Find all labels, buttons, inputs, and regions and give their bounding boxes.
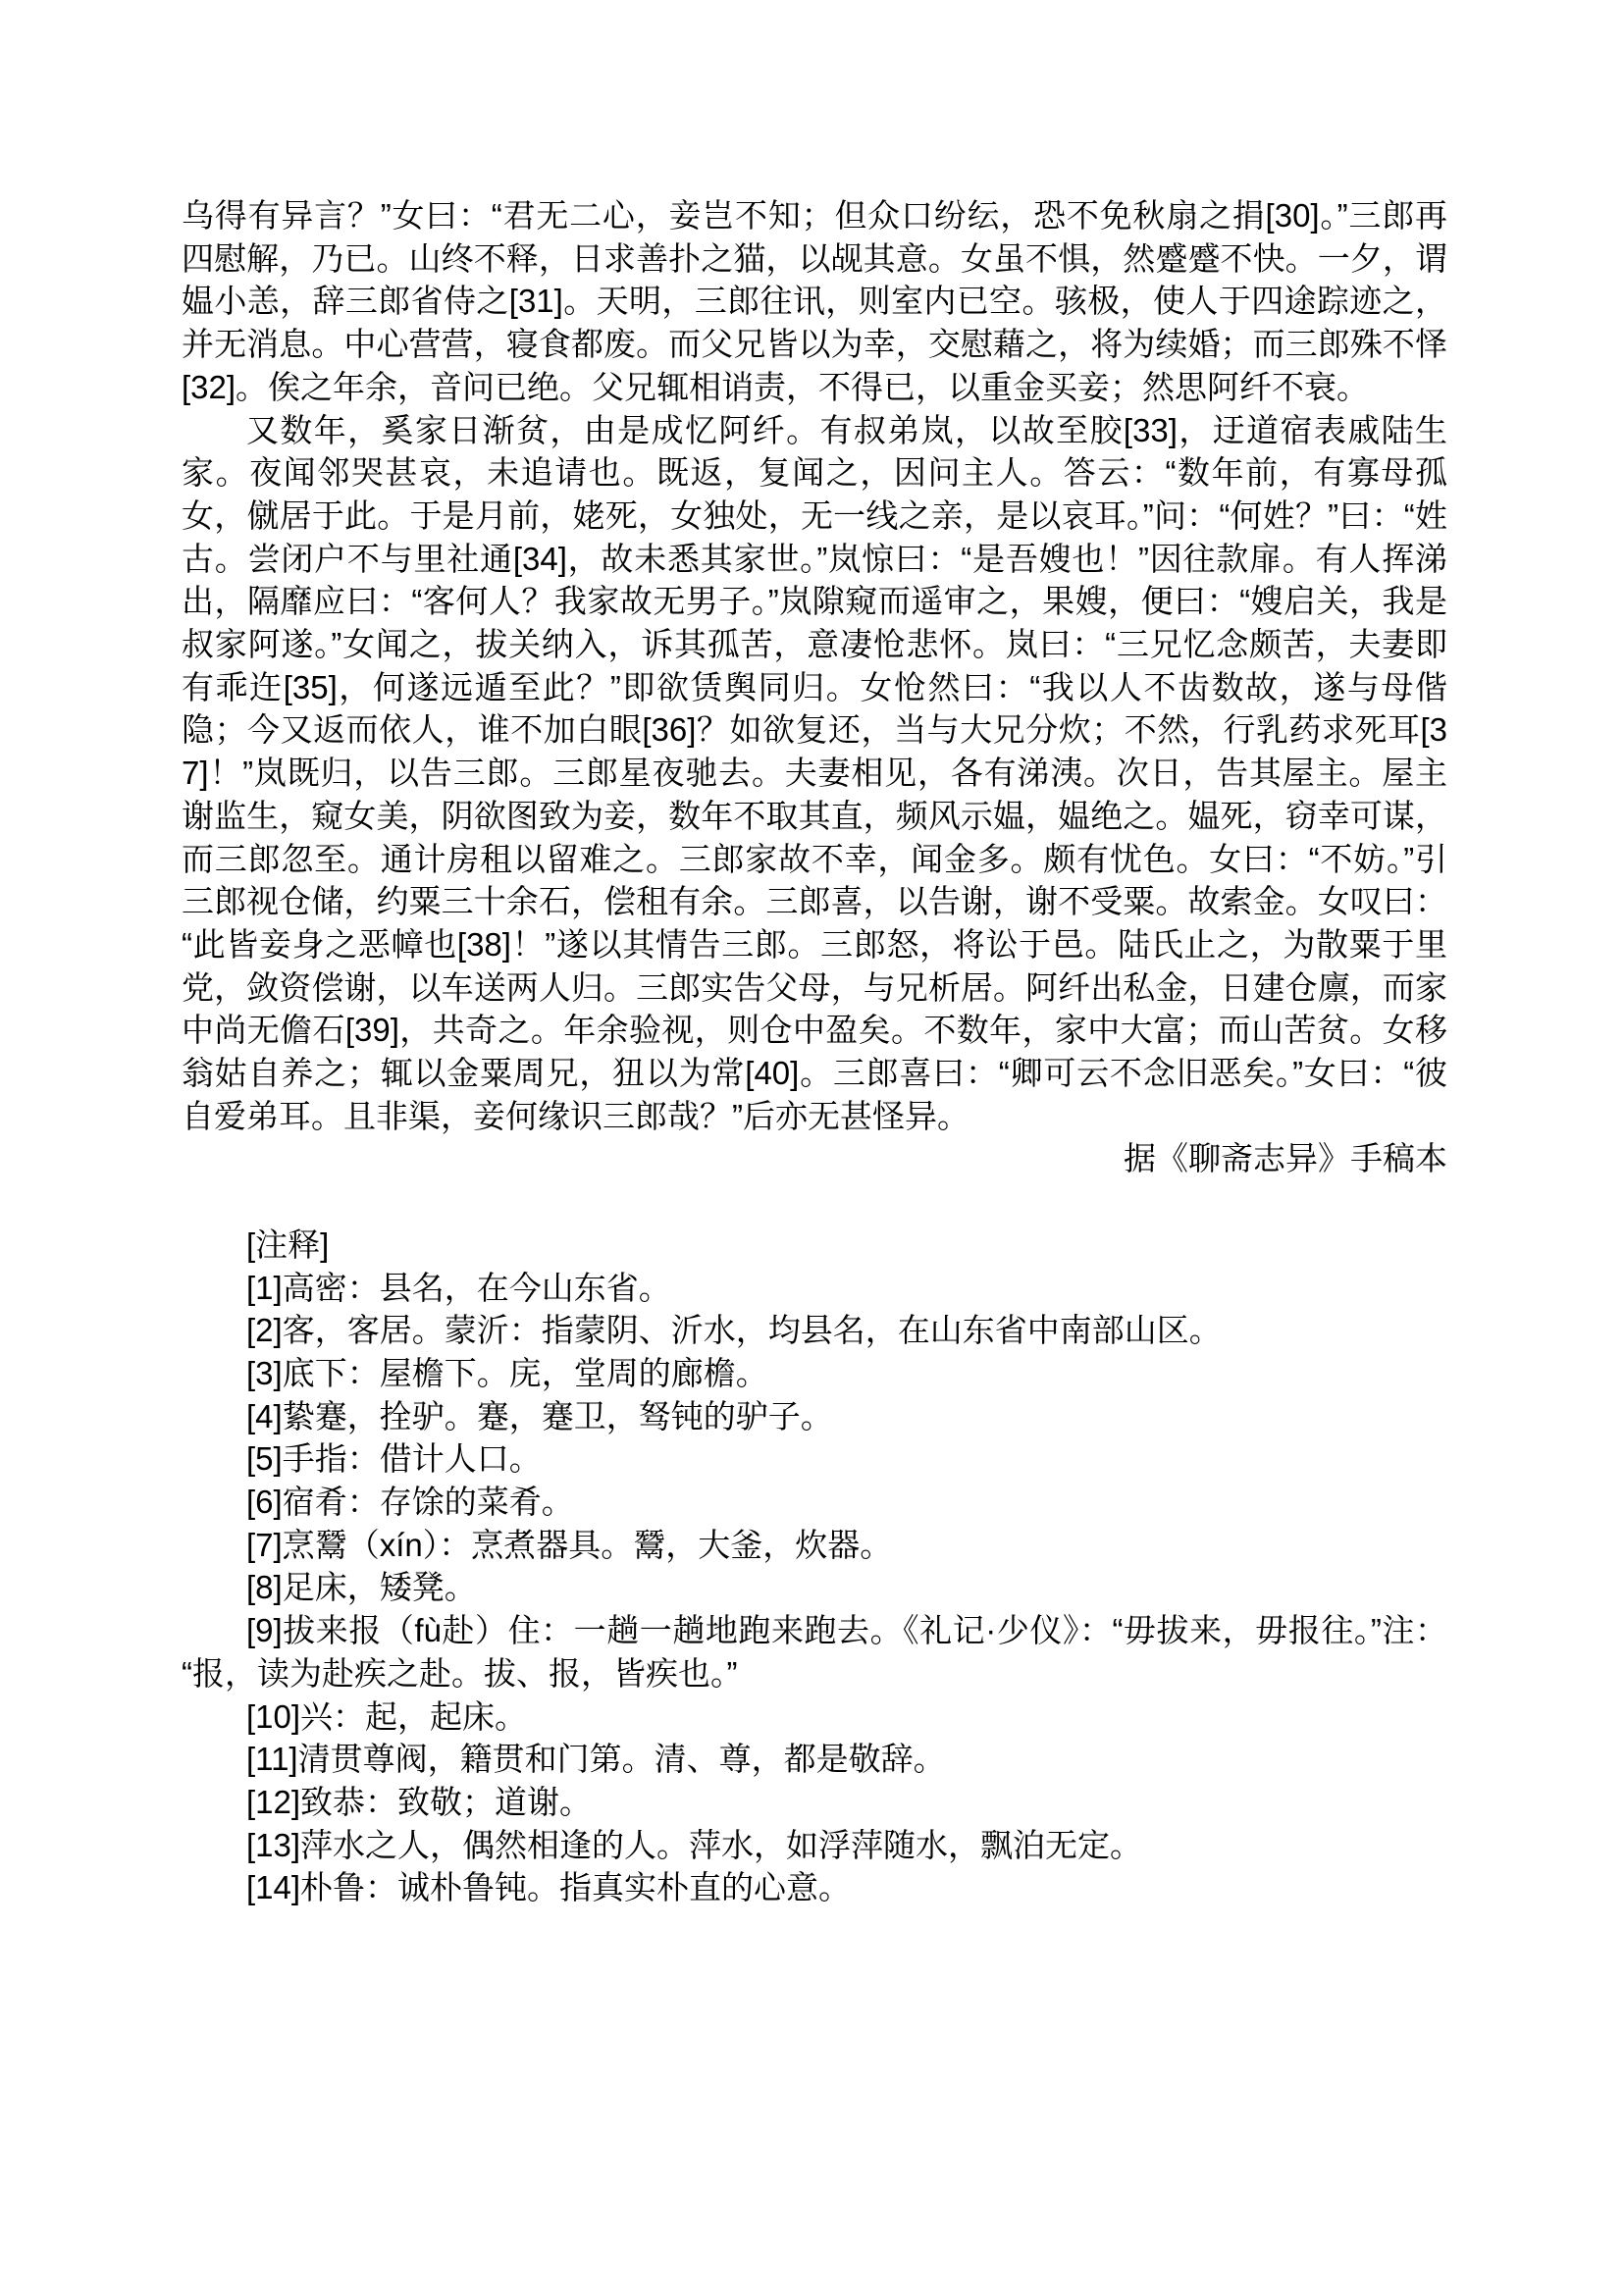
story-paragraph-continuation: 乌得有异言？”女曰：“君无二心，妾岂不知；但众口纷纭，恐不免秋扇之捐[30]。”…	[182, 194, 1447, 409]
note-item: [12]致恭：致敬；道谢。	[182, 1781, 1447, 1824]
note-item: [11]清贯尊阀，籍贯和门第。清、尊，都是敬辞。	[182, 1738, 1447, 1781]
note-item: [4]絷蹇，拴驴。蹇，蹇卫，驽钝的驴子。	[182, 1395, 1447, 1438]
note-item: [2]客，客居。蒙沂：指蒙阴、沂水，均县名，在山东省中南部山区。	[182, 1309, 1447, 1352]
note-item: [1]高密：县名，在今山东省。	[182, 1267, 1447, 1310]
note-item: [13]萍水之人，偶然相逢的人。萍水，如浮萍随水，飘泊无定。	[182, 1824, 1447, 1867]
document-page: 乌得有异言？”女曰：“君无二心，妾岂不知；但众口纷纭，恐不免秋扇之捐[30]。”…	[0, 0, 1624, 2294]
note-item: [10]兴：起，起床。	[182, 1695, 1447, 1739]
note-item: [5]手指：借计人口。	[182, 1437, 1447, 1481]
note-item: [9]拔来报（fù赴）住：一趟一趟地跑来跑去。《礼记·少仪》：“毋拔来，毋报往。…	[182, 1609, 1447, 1694]
note-item: [8]足床，矮凳。	[182, 1566, 1447, 1609]
notes-header: [注释]	[182, 1224, 1447, 1267]
note-item: [7]烹鬵（xín）：烹煮器具。鬵，大釜，炊器。	[182, 1524, 1447, 1567]
story-paragraph: 又数年，奚家日渐贫，由是成忆阿纤。有叔弟岚，以故至胶[33]，迂道宿表戚陆生家。…	[182, 409, 1447, 1138]
notes-section: [注释] [1]高密：县名，在今山东省。 [2]客，客居。蒙沂：指蒙阴、沂水，均…	[182, 1224, 1447, 1909]
story-text-block: 乌得有异言？”女曰：“君无二心，妾岂不知；但众口纷纭，恐不免秋扇之捐[30]。”…	[182, 194, 1447, 1909]
note-item: [14]朴鲁：诚朴鲁钝。指真实朴直的心意。	[182, 1866, 1447, 1909]
note-item: [6]宿肴：存馀的菜肴。	[182, 1481, 1447, 1524]
note-item: [3]底下：屋檐下。庑，堂周的廊檐。	[182, 1352, 1447, 1395]
source-attribution: 据《聊斋志异》手稿本	[182, 1137, 1447, 1180]
